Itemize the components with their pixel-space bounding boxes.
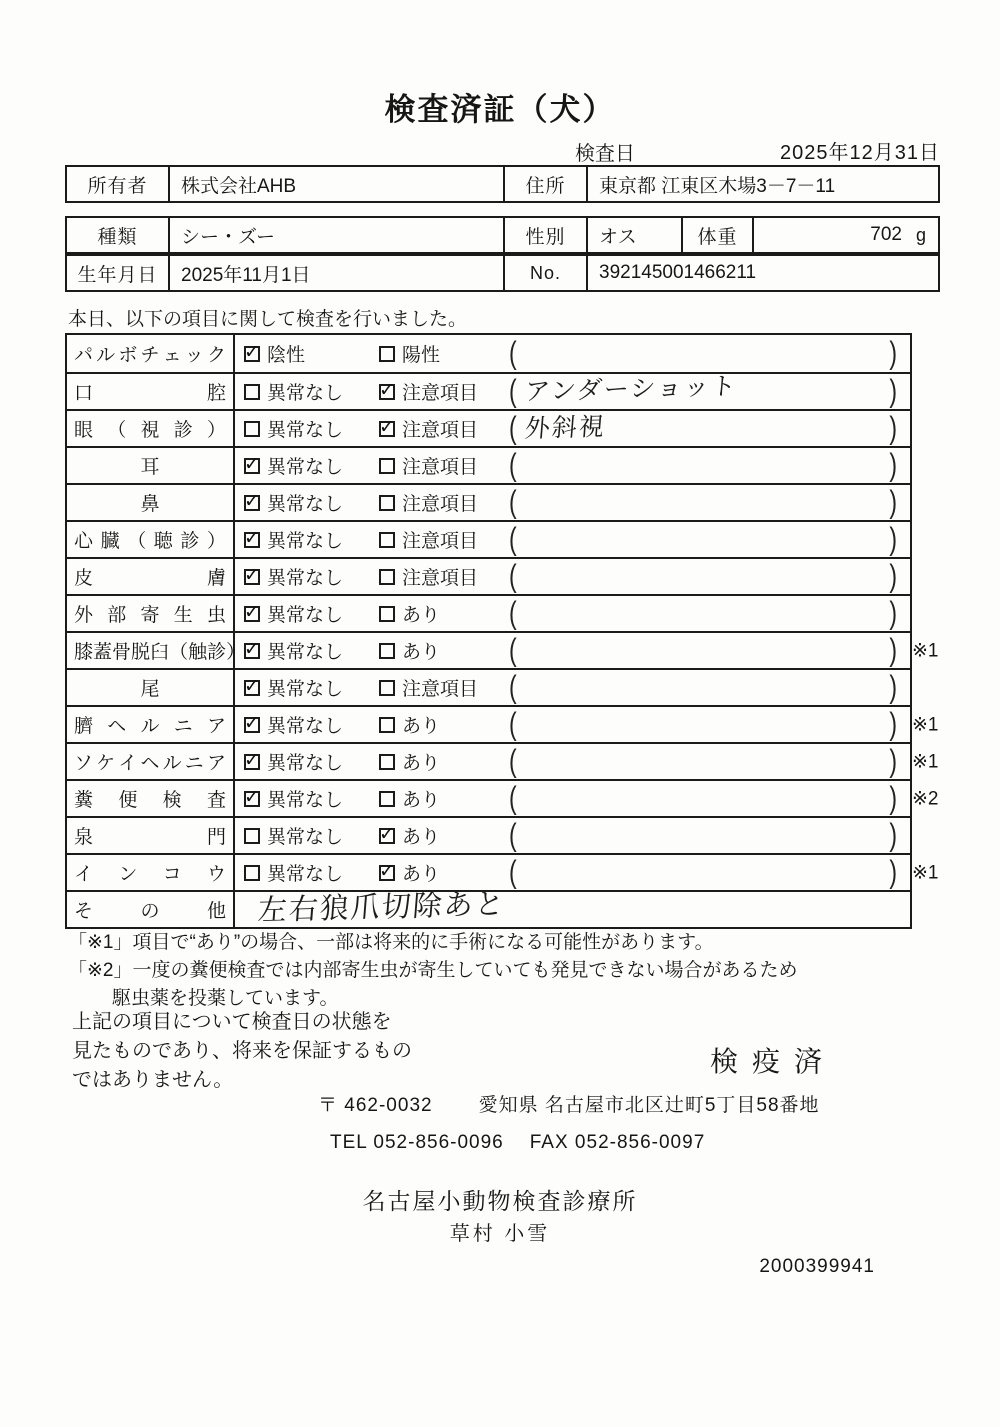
item-label: 尾: [67, 670, 235, 705]
option-2: 陽性: [379, 340, 509, 367]
option-2: あり: [379, 748, 509, 775]
paren-close: ): [889, 632, 897, 668]
disclaimer: 上記の項目について検査日の状態を 見たものであり、将来を保証するもの ではありま…: [72, 1008, 412, 1095]
checkbox-icon: [244, 643, 260, 659]
checklist-row: 外部寄生虫 異常なし あり ( ): [67, 594, 910, 631]
weight-value-cell: 702 g: [754, 218, 938, 252]
paren-open: (: [509, 558, 517, 594]
checklist-row: 心臓（聴診） 異常なし 注意項目 ( ): [67, 520, 910, 557]
sex-label: 性別: [505, 218, 588, 252]
paren-open: (: [509, 335, 517, 371]
option-1: 異常なし: [244, 526, 379, 553]
footnote-2: 「※2」一度の糞便検査では内部寄生虫が寄生していても発見できない場合があるため: [68, 957, 798, 985]
option-1: 異常なし: [244, 415, 379, 442]
option-2-label: 注意項目: [402, 563, 478, 590]
checkbox-icon: [379, 346, 395, 362]
option-2-label: 注意項目: [402, 526, 478, 553]
checklist-row: ソケイヘルニア 異常なし あり ( ) ※1: [67, 742, 910, 779]
owner-label: 所有者: [67, 167, 170, 201]
birthdate-number-row: 生年月日 2025年11月1日 No. 392145001466211: [65, 254, 940, 292]
clinic-tel-row: TEL 052-856-0096 FAX 052-856-0097: [330, 1132, 705, 1154]
checklist-row: 泉門 異常なし あり ( ): [67, 816, 910, 853]
intro-text: 本日、以下の項目に関して検査を行いました。: [68, 304, 467, 331]
option-1-label: 異常なし: [267, 859, 343, 886]
checklist-row: 尾 異常なし 注意項目 ( ): [67, 668, 910, 705]
option-1-label: 異常なし: [267, 563, 343, 590]
option-2-label: 注意項目: [402, 378, 478, 405]
handwritten-text: アンダーショット: [523, 366, 739, 408]
option-2-label: あり: [402, 822, 440, 849]
paren-open: (: [509, 373, 517, 409]
option-1-label: 異常なし: [267, 415, 343, 442]
checkbox-icon: [379, 643, 395, 659]
checkbox-icon: [244, 458, 260, 474]
checkbox-icon: [244, 569, 260, 585]
checkbox-icon: [244, 384, 260, 400]
option-2: 注意項目: [379, 489, 509, 516]
handwritten-text: 外斜視: [523, 407, 607, 445]
certificate-no-value: 392145001466211: [588, 256, 938, 290]
option-1-label: 陰性: [267, 340, 305, 367]
option-1: 異常なし: [244, 785, 379, 812]
option-2-label: あり: [402, 637, 440, 664]
clinic-address: 愛知県 名古屋市北区辻町5丁目58番地: [479, 1090, 820, 1117]
paren-open: (: [509, 595, 517, 631]
paren-close: ): [889, 447, 897, 483]
option-1-label: 異常なし: [267, 785, 343, 812]
item-label: 臍ヘルニア: [67, 707, 235, 742]
item-label: 眼（視診）: [67, 411, 235, 446]
checklist-row: 臍ヘルニア 異常なし あり ( ) ※1: [67, 705, 910, 742]
footnotes: 「※1」項目で“あり”の場合、一部は将来的に手術になる可能性があります。 「※2…: [68, 929, 798, 1013]
paren-close: ): [889, 484, 897, 520]
clinic-tel: TEL 052-856-0096: [330, 1132, 504, 1154]
item-label: ソケイヘルニア: [67, 744, 235, 779]
checklist-row: 口腔 異常なし 注意項目 ( アンダーショット ): [67, 372, 910, 409]
option-1-label: 異常なし: [267, 711, 343, 738]
sex-value: オス: [588, 218, 683, 252]
checkbox-icon: [244, 346, 260, 362]
option-2-label: あり: [402, 859, 440, 886]
checkbox-icon: [379, 458, 395, 474]
checkbox-icon: [379, 606, 395, 622]
veterinarian-name: 草村 小雪: [0, 1217, 1000, 1246]
option-2: 注意項目: [379, 452, 509, 479]
certificate-page: 検査済証（犬） 検査日 2025年12月31日 所有者 株式会社AHB 住所 東…: [0, 0, 1000, 1427]
disclaimer-line: 上記の項目について検査日の状態を: [72, 1008, 412, 1037]
clinic-postal-code: 〒 462-0032: [318, 1090, 433, 1117]
breed-label: 種類: [67, 218, 170, 252]
paren-close: ): [889, 335, 897, 371]
option-2-label: あり: [402, 748, 440, 775]
option-1-label: 異常なし: [267, 637, 343, 664]
handwritten-text: 左右狼爪切除あと: [256, 881, 507, 929]
checklist-row: その他 左右狼爪切除あと: [67, 890, 910, 927]
paren-open: (: [509, 854, 517, 890]
option-2-label: 注意項目: [402, 415, 478, 442]
paren-close: ): [889, 373, 897, 409]
checkbox-icon: [244, 421, 260, 437]
exam-date-value: 2025年12月31日: [780, 136, 940, 165]
item-label: 外部寄生虫: [67, 596, 235, 631]
option-1: 異常なし: [244, 822, 379, 849]
option-1-label: 異常なし: [267, 600, 343, 627]
option-2: あり: [379, 822, 509, 849]
checklist-table: パルボチェック 陰性 陽性 ( ) 口腔: [65, 333, 912, 929]
paren-open: (: [509, 447, 517, 483]
address-label: 住所: [505, 167, 588, 201]
paren-open: (: [509, 743, 517, 779]
checkbox-icon: [244, 606, 260, 622]
option-1: 異常なし: [244, 859, 379, 886]
footnote-mark: ※1: [912, 639, 954, 662]
checkbox-icon: [379, 717, 395, 733]
option-1: 異常なし: [244, 674, 379, 701]
option-2: 注意項目: [379, 674, 509, 701]
option-1: 異常なし: [244, 600, 379, 627]
breed-sex-weight-row: 種類 シー・ズー 性別 オス 体重 702 g: [65, 216, 940, 254]
paren-open: (: [509, 669, 517, 705]
footnote-mark: ※2: [912, 787, 954, 810]
checklist-row: 膝蓋骨脱臼（触診） 異常なし あり ( ) ※1: [67, 631, 910, 668]
option-2: 注意項目: [379, 526, 509, 553]
item-label: 泉門: [67, 818, 235, 853]
checkbox-icon: [379, 828, 395, 844]
paren-open: (: [509, 484, 517, 520]
option-2-label: あり: [402, 600, 440, 627]
checkbox-icon: [244, 680, 260, 696]
breed-value: シー・ズー: [170, 218, 505, 252]
option-2: あり: [379, 600, 509, 627]
checkbox-icon: [379, 865, 395, 881]
option-1: 陰性: [244, 340, 379, 367]
birthdate-value: 2025年11月1日: [170, 256, 505, 290]
owner-value: 株式会社AHB: [170, 167, 505, 201]
footnote-mark: ※1: [912, 713, 954, 736]
paren-close: ): [889, 669, 897, 705]
checkbox-icon: [379, 384, 395, 400]
option-2: 注意項目: [379, 563, 509, 590]
option-1: 異常なし: [244, 637, 379, 664]
checkbox-icon: [379, 495, 395, 511]
option-2: 注意項目: [379, 378, 509, 405]
checkbox-icon: [379, 569, 395, 585]
option-2-label: 陽性: [402, 340, 440, 367]
footnote-1: 「※1」項目で“あり”の場合、一部は将来的に手術になる可能性があります。: [68, 929, 798, 957]
option-1: 異常なし: [244, 711, 379, 738]
checkbox-icon: [244, 865, 260, 881]
option-1-label: 異常なし: [267, 452, 343, 479]
option-1-label: 異常なし: [267, 526, 343, 553]
certificate-no-label: No.: [505, 256, 588, 290]
quarantine-stamp: 検疫済: [710, 1040, 836, 1080]
item-label: 口腔: [67, 374, 235, 409]
checkbox-icon: [379, 532, 395, 548]
checklist-row: 眼（視診） 異常なし 注意項目 ( 外斜視 ): [67, 409, 910, 446]
item-label: パルボチェック: [67, 335, 235, 372]
checkbox-icon: [244, 495, 260, 511]
exam-date-label: 検査日: [575, 137, 635, 166]
checkbox-icon: [244, 717, 260, 733]
checklist-row: 鼻 異常なし 注意項目 ( ): [67, 483, 910, 520]
option-2-label: あり: [402, 785, 440, 812]
checklist-row: 糞便検査 異常なし あり ( ) ※2: [67, 779, 910, 816]
paren-open: (: [509, 521, 517, 557]
paren-open: (: [509, 410, 517, 446]
paren-close: ): [889, 521, 897, 557]
checkbox-icon: [244, 754, 260, 770]
page-title: 検査済証（犬）: [0, 84, 1000, 129]
item-label: 膝蓋骨脱臼（触診）: [67, 633, 235, 668]
item-label: 皮膚: [67, 559, 235, 594]
checkbox-icon: [244, 828, 260, 844]
option-1-label: 異常なし: [267, 748, 343, 775]
paren-open: (: [509, 706, 517, 742]
footnote-mark: ※1: [912, 861, 954, 884]
option-2: あり: [379, 711, 509, 738]
checklist-row: 皮膚 異常なし 注意項目 ( ): [67, 557, 910, 594]
item-label: 鼻: [67, 485, 235, 520]
paren-close: ): [889, 558, 897, 594]
clinic-address-row: 〒 462-0032 愛知県 名古屋市北区辻町5丁目58番地: [318, 1090, 820, 1117]
option-1: 異常なし: [244, 378, 379, 405]
paren-close: ): [889, 817, 897, 853]
checklist-row: 耳 異常なし 注意項目 ( ): [67, 446, 910, 483]
option-1: 異常なし: [244, 748, 379, 775]
paren-close: ): [889, 780, 897, 816]
paren-open: (: [509, 780, 517, 816]
checkbox-icon: [244, 532, 260, 548]
checkbox-icon: [379, 421, 395, 437]
paren-close: ): [889, 706, 897, 742]
option-1: 異常なし: [244, 452, 379, 479]
item-label: 心臓（聴診）: [67, 522, 235, 557]
checkbox-icon: [379, 680, 395, 696]
checklist-row: パルボチェック 陰性 陽性 ( ): [67, 335, 910, 372]
option-2: 注意項目: [379, 415, 509, 442]
option-2-label: 注意項目: [402, 452, 478, 479]
item-label: その他: [67, 892, 235, 927]
option-1-label: 異常なし: [267, 378, 343, 405]
option-2: あり: [379, 637, 509, 664]
option-2-label: 注意項目: [402, 489, 478, 516]
birthdate-label: 生年月日: [67, 256, 170, 290]
weight-unit: g: [916, 225, 926, 246]
option-1-label: 異常なし: [267, 822, 343, 849]
checkbox-icon: [379, 754, 395, 770]
option-1-label: 異常なし: [267, 674, 343, 701]
checkbox-icon: [244, 791, 260, 807]
paren-open: (: [509, 632, 517, 668]
paren-close: ): [889, 743, 897, 779]
item-label: 耳: [67, 448, 235, 483]
clinic-fax: FAX 052-856-0097: [530, 1132, 706, 1154]
item-label: 糞便検査: [67, 781, 235, 816]
address-value: 東京都 江東区木場3－7－11: [588, 167, 938, 201]
paren-open: (: [509, 817, 517, 853]
option-2: あり: [379, 785, 509, 812]
footnote-mark: ※1: [912, 750, 954, 773]
weight-label: 体重: [683, 218, 754, 252]
checkbox-icon: [379, 791, 395, 807]
paren-close: ): [889, 595, 897, 631]
serial-number: 2000399941: [759, 1256, 875, 1278]
option-2-label: 注意項目: [402, 674, 478, 701]
owner-address-row: 所有者 株式会社AHB 住所 東京都 江東区木場3－7－11: [65, 165, 940, 203]
option-1-label: 異常なし: [267, 489, 343, 516]
option-2-label: あり: [402, 711, 440, 738]
clinic-name: 名古屋小動物検査診療所: [0, 1183, 1000, 1216]
paren-close: ): [889, 854, 897, 890]
disclaimer-line: 見たものであり、将来を保証するもの: [72, 1037, 412, 1066]
paren-close: ): [889, 410, 897, 446]
item-label: インコウ: [67, 855, 235, 890]
weight-value: 702: [870, 224, 902, 246]
option-1: 異常なし: [244, 563, 379, 590]
option-1: 異常なし: [244, 489, 379, 516]
